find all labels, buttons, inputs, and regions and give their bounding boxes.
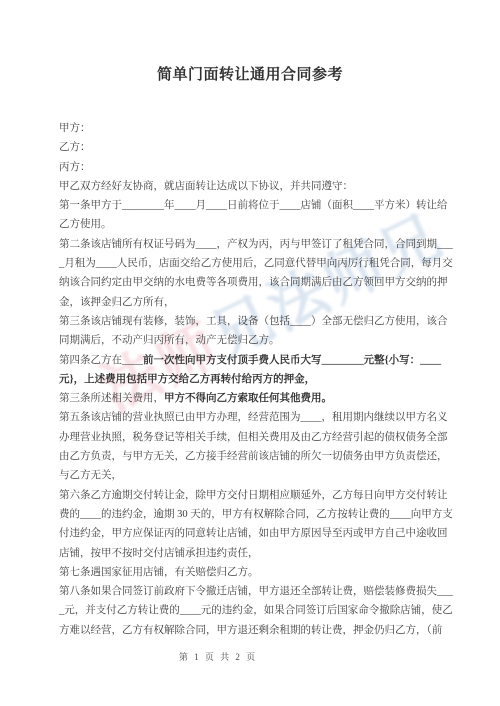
text-segment: 纳该合同约定由甲交纳的水电费等各项费用，该合同期满后由乙方领回甲方交纳的押 — [59, 277, 448, 288]
document-line: 店铺，按甲不按时交付店铺承担违约责任， — [59, 544, 448, 563]
document-line: 同期满后，不动产归丙所有，动产无偿归乙方。 — [59, 331, 448, 350]
document-line: 纳该合同约定由甲交纳的水电费等各项费用，该合同期满后由乙方领回甲方交纳的押 — [59, 273, 448, 292]
text-segment: 甲方： — [59, 123, 91, 134]
document-line: _元，并支付乙方转让费的____元的违约金，如果合同签订后国家命令撤除店铺，使乙 — [59, 601, 448, 620]
text-segment: 第六条乙方逾期交付转让金，除甲方交付日期相应顺延外，乙方每日向甲方交付转让 — [59, 490, 448, 501]
text-segment: 元}，上述费用包括甲方交给乙方再转付给丙方的押金， — [59, 374, 315, 385]
document-line: 乙方使用。 — [59, 215, 448, 234]
document-line: 第四条乙方在____前一次性向甲方支付顶手费人民币大写________元整{小写… — [59, 351, 448, 370]
document-title: 简单门面转让通用合同参考 — [0, 63, 500, 84]
document-line: 办理营业执照，税务登记等相关手续，但相关费用及由乙方经营引起的债权债务全部 — [59, 428, 448, 447]
document-line: 第五条该店铺的营业执照已由甲方办理，经营范围为____，租用期内继续以甲方名义 — [59, 408, 448, 427]
text-segment: 第一条甲方于________年____月____日前将位于____店铺（面积__… — [59, 200, 448, 211]
text-segment: 甲乙双方经好友协商，就店面转让达成以下协议，并共同遵守： — [59, 181, 353, 192]
text-segment: 办理营业执照，税务登记等相关手续，但相关费用及由乙方经营引起的债权债务全部 — [59, 432, 448, 443]
document-line: 甲乙双方经好友协商，就店面转让达成以下协议，并共同遵守： — [59, 177, 448, 196]
text-segment: 与乙方无关， — [59, 470, 122, 481]
document-line: 第八条如果合同签订前政府下令撤迁店铺，甲方退还全部转让费，赔偿装修费损失___ — [59, 582, 448, 601]
document-line: 第六条乙方逾期交付转让金，除甲方交付日期相应顺延外，乙方每日向甲方交付转让 — [59, 486, 448, 505]
text-segment: 方难以经营，乙方有权解除合同，甲方退还剩余租期的转让费，押金仍归乙方，（前 — [59, 625, 442, 636]
text-segment: 乙方： — [59, 142, 91, 153]
document-line: 第三条所述相关费用，甲方不得向乙方索取任何其他费用。 — [59, 389, 448, 408]
text-segment: 第八条如果合同签订前政府下令撤迁店铺，甲方退还全部转让费，赔偿装修费损失___ — [59, 586, 453, 597]
document-line: 第一条甲方于________年____月____日前将位于____店铺（面积__… — [59, 196, 448, 215]
document-line: 甲方： — [59, 119, 448, 138]
document-line: 第三条该店铺现有装修，装饰，工具，设备（包括____）全部无偿归乙方使用，该合 — [59, 312, 448, 331]
text-segment: 丙方： — [59, 162, 91, 173]
document-line: _月租为____人民币，店面交给乙方使用后，乙同意代替甲向丙厉行租凭合同，每月交 — [59, 254, 448, 273]
document-line: 付违约金，甲方应保证丙的同意转让店铺，如由甲方原因导至丙或甲方自己中途收回 — [59, 524, 448, 543]
text-segment: 同期满后，不动产归丙所有，动产无偿归乙方。 — [59, 335, 280, 346]
document-line: 元}，上述费用包括甲方交给乙方再转付给丙方的押金， — [59, 370, 448, 389]
document-body: 甲方：乙方：丙方：甲乙双方经好友协商，就店面转让达成以下协议，并共同遵守：第一条… — [59, 119, 448, 640]
text-segment: 第三条该店铺现有装修，装饰，工具，设备（包括____）全部无偿归乙方使用，该合 — [59, 316, 448, 327]
document-line: 方难以经营，乙方有权解除合同，甲方退还剩余租期的转让费，押金仍归乙方，（前 — [59, 621, 448, 640]
text-segment: 第七条遇国家征用店铺，有关赔偿归乙方。 — [59, 567, 259, 578]
text-segment: 第三条所述相关费用， — [59, 393, 164, 404]
document-line: 与乙方无关， — [59, 466, 448, 485]
text-segment: 金，该押金归乙方所有， — [59, 297, 175, 308]
text-segment: 第四条乙方在____ — [59, 355, 143, 366]
document-line: 第二条该店铺所有权证号码为____，产权为丙，丙与甲签订了租凭合同，合同到期__… — [59, 235, 448, 254]
document-line: 由乙方负责，与甲方无关，乙方接手经营前该店铺的所欠一切债务由甲方负责偿还， — [59, 447, 448, 466]
document-line: 第七条遇国家征用店铺，有关赔偿归乙方。 — [59, 563, 448, 582]
text-segment: 前一次性向甲方支付顶手费人民币大写________元整{小写：____ — [143, 355, 441, 366]
document-line: 乙方： — [59, 138, 448, 157]
document-line: 费的____的违约金，逾期 30 天的，甲方有权解除合同，乙方按转让费的____… — [59, 505, 448, 524]
text-segment: 乙方使用。 — [59, 219, 112, 230]
text-segment: 第五条该店铺的营业执照已由甲方办理，经营范围为____，租用期内继续以甲方名义 — [59, 412, 448, 423]
document-page: 法师兄法师兄 简单门面转让通用合同参考 甲方：乙方：丙方：甲乙双方经好友协商，就… — [0, 0, 500, 706]
text-segment: 付违约金，甲方应保证丙的同意转让店铺，如由甲方原因导至丙或甲方自己中途收回 — [59, 528, 448, 539]
text-segment: _月租为____人民币，店面交给乙方使用后，乙同意代替甲向丙厉行租凭合同，每月交 — [59, 258, 453, 269]
text-segment: 店铺，按甲不按时交付店铺承担违约责任， — [59, 548, 259, 559]
text-segment: 甲方不得向乙方索取任何其他费用。 — [164, 393, 332, 404]
text-segment: 费的____的违约金，逾期 30 天的，甲方有权解除合同，乙方按转让费的____… — [59, 509, 453, 520]
document-line: 丙方： — [59, 158, 448, 177]
text-segment: 第二条该店铺所有权证号码为____，产权为丙，丙与甲签订了租凭合同，合同到期__… — [59, 239, 453, 250]
page-number-footer: 第 1 页 共 2 页 — [0, 650, 436, 663]
document-line: 金，该押金归乙方所有， — [59, 293, 448, 312]
text-segment: _元，并支付乙方转让费的____元的违约金，如果合同签订后国家命令撤除店铺，使乙 — [59, 605, 453, 616]
text-segment: 由乙方负责，与甲方无关，乙方接手经营前该店铺的所欠一切债务由甲方负责偿还， — [59, 451, 448, 462]
